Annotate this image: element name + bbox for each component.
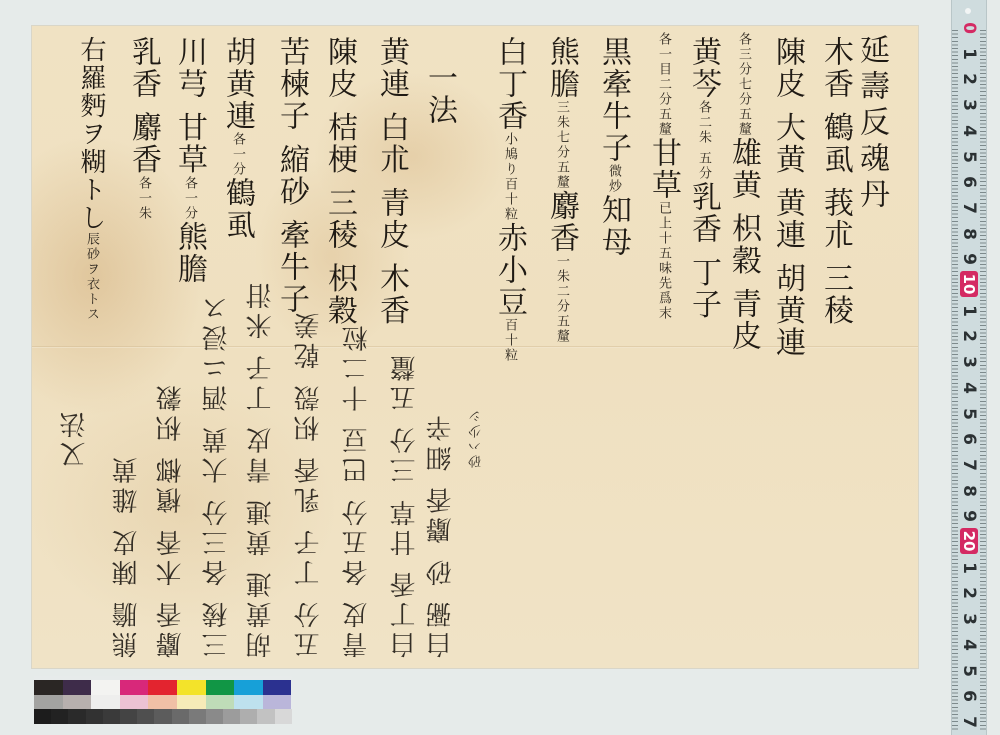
- text-column: 木香 鶴虱 莪朮 三稜: [820, 36, 850, 327]
- dosage-note: 各二朱 五分: [696, 100, 710, 181]
- ingredient-text: 黒牽牛子: [598, 36, 628, 164]
- ruler-number: 0: [959, 15, 979, 41]
- ruler-ticks-left: [952, 30, 958, 730]
- color-patch: [206, 709, 223, 724]
- text-column: 乳香 麝香 各一朱: [128, 36, 158, 221]
- color-checker-bar: [34, 676, 292, 724]
- text-column: 川芎 甘草 各一分 熊膽: [174, 36, 204, 285]
- ruler-number: 20: [960, 528, 978, 554]
- ruler-number: 3: [959, 92, 979, 118]
- color-patch: [148, 680, 177, 695]
- ingredient-text: 黄連 白朮 青皮 木香: [376, 36, 406, 327]
- color-patch: [34, 709, 51, 724]
- measuring-ruler: 012345678910123456789201234567: [951, 0, 987, 735]
- document-title: 延壽反魂丹: [856, 34, 886, 214]
- color-patch: [86, 709, 103, 724]
- color-patch: [103, 709, 120, 724]
- text-column: 一法: [424, 62, 454, 126]
- lower-upside-down-text-block: 又法熊膽 陳皮 雄黄麝香 木香 檳榔 枳穀三稜 各三分 大黄 酒ニ浸ス胡黄連 黄…: [32, 348, 918, 668]
- upside-down-text-column: 青皮 各五分 巴豆 十二粒: [344, 321, 370, 658]
- dosage-note: 已上十五味先爲末: [656, 201, 670, 321]
- ruler-number: 8: [959, 221, 979, 247]
- ruler-number: 10: [960, 271, 978, 297]
- ingredient-text: 陳皮 大黄 黄連 胡黄連: [772, 36, 802, 359]
- color-patch: [177, 680, 206, 695]
- color-patch: [206, 695, 235, 710]
- color-patch: [154, 709, 171, 724]
- color-patch: [234, 695, 263, 710]
- ruler-number: 2: [959, 66, 979, 92]
- ruler-number: 5: [959, 658, 979, 684]
- ingredient-text: 熊膽: [546, 36, 576, 100]
- dosage-note: 各三分七: [736, 32, 750, 92]
- color-patch: [189, 709, 206, 724]
- dosage-note: 辰砂ヲ衣トス: [84, 232, 98, 322]
- text-column: 陳皮 桔梗 三稜 枳穀: [324, 36, 354, 327]
- ruler-number: 6: [959, 426, 979, 452]
- text-column: 陳皮 大黄 黄連 胡黄連: [772, 36, 802, 359]
- upside-down-text-column: 又法: [62, 408, 88, 468]
- color-patch: [263, 695, 292, 710]
- dosage-note: 分五釐: [656, 92, 670, 137]
- color-patch: [275, 709, 292, 724]
- ingredient-text: 木香 鶴虱 莪朮 三稜: [820, 36, 850, 327]
- text-column: 苦楝子 縮砂 牽牛子: [276, 36, 306, 315]
- ingredient-text: 雄黄 枳穀 青皮: [728, 137, 758, 352]
- color-patch: [34, 695, 63, 710]
- ingredient-text: 白丁香: [494, 36, 524, 132]
- color-patch: [172, 709, 189, 724]
- ingredient-text: 川芎 甘草: [174, 36, 204, 176]
- ruler-number: 6: [959, 169, 979, 195]
- ruler-number: 1: [959, 555, 979, 581]
- upside-down-text-column: 麝香 木香 檳榔 枳穀: [158, 381, 184, 658]
- ingredient-text: 一法: [424, 62, 454, 126]
- dosage-note: 各一朱: [136, 176, 150, 221]
- color-patch: [34, 680, 63, 695]
- title-text: 延壽反魂丹: [856, 34, 886, 214]
- upside-down-text-column: 白䰜 砂 麝香 細辛: [428, 411, 454, 658]
- ruler-number: 3: [959, 349, 979, 375]
- ingredient-text: 陳皮 桔梗 三稜 枳穀: [324, 36, 354, 327]
- color-patch: [63, 695, 92, 710]
- upside-down-text-column: 砂ハ少シ: [470, 408, 483, 468]
- ruler-number: 2: [959, 323, 979, 349]
- color-patch: [206, 680, 235, 695]
- ruler-number: 1: [959, 298, 979, 324]
- color-patch: [120, 695, 149, 710]
- text-column: 胡黄連 各一分 鶴虱: [222, 36, 252, 241]
- text-column: 白丁香 小鳩り百十粒 赤小豆 百十粒: [494, 36, 524, 363]
- dosage-note: 三朱七分五釐: [554, 100, 568, 190]
- ruler-ticks-right: [980, 30, 986, 730]
- ruler-number: 2: [959, 580, 979, 606]
- text-column: 右羅麪ヲ糊トし 辰砂ヲ衣トス: [78, 36, 104, 322]
- color-patch: [91, 695, 120, 710]
- color-patch: [240, 709, 257, 724]
- ingredient-text: 苦楝子 縮砂 牽牛子: [276, 36, 306, 315]
- upside-down-text-column: 胡黄連 黄連 青皮 丁子 米泔: [248, 279, 274, 658]
- upside-down-text-column: 熊膽 陳皮 雄黄: [114, 453, 140, 658]
- color-patch: [120, 680, 149, 695]
- text-column: 熊膽 三朱七分五釐 麝香 一朱二分五釐: [546, 36, 576, 344]
- color-patch: [91, 680, 120, 695]
- ruler-number: 9: [959, 246, 979, 272]
- ruler-hole: [965, 8, 971, 14]
- color-patch: [68, 709, 85, 724]
- color-patch: [148, 695, 177, 710]
- ingredient-text: 右羅: [78, 36, 104, 92]
- dosage-note: 分五釐: [736, 92, 750, 137]
- ruler-number: 9: [959, 503, 979, 529]
- ingredient-text: 黄芩: [688, 36, 718, 100]
- dosage-note: 各一分: [182, 176, 196, 221]
- ruler-number: 7: [959, 195, 979, 221]
- dosage-note: 各一目二: [656, 32, 670, 92]
- upside-down-text-column: 五分 丁子 乳香 枳殼 乾姜: [296, 309, 322, 658]
- color-patch: [223, 709, 240, 724]
- ruler-number: 5: [959, 401, 979, 427]
- color-patch: [120, 709, 137, 724]
- color-patch: [234, 680, 263, 695]
- ruler-number: 4: [959, 118, 979, 144]
- ruler-number: 4: [959, 632, 979, 658]
- color-patch: [263, 680, 292, 695]
- color-row-saturated: [34, 680, 291, 695]
- color-patch: [177, 695, 206, 710]
- ingredient-text: 知母: [598, 194, 628, 258]
- text-column: 黄連 白朮 青皮 木香: [376, 36, 406, 327]
- grayscale-row: [34, 709, 292, 724]
- color-patch: [137, 709, 154, 724]
- ruler-number: 5: [959, 144, 979, 170]
- text-column: 黒牽牛子 微炒 知母: [598, 36, 628, 258]
- ruler-number: 7: [959, 452, 979, 478]
- ruler-number: 1: [959, 41, 979, 67]
- text-column: 各一目二分五釐 甘草 已上十五味先爲末: [648, 32, 678, 321]
- ingredient-text: 甘草: [648, 137, 678, 201]
- upside-down-text-column: 三稜 各三分 大黄 酒ニ浸ス: [204, 291, 230, 658]
- ingredient-text: 熊膽: [174, 221, 204, 285]
- ruler-number: 7: [959, 709, 979, 735]
- ingredient-text: 麪ヲ糊トし: [78, 92, 104, 232]
- ruler-number: 3: [959, 606, 979, 632]
- color-row-pastel: [34, 695, 291, 710]
- color-patch: [51, 709, 68, 724]
- ingredient-text: 鶴虱: [222, 177, 252, 241]
- ruler-number: 6: [959, 683, 979, 709]
- paper-sheet: 延壽反魂丹木香 鶴虱 莪朮 三稜陳皮 大黄 黄連 胡黄連各三分七分五釐 雄黄 枳…: [32, 26, 918, 668]
- ruler-number: 8: [959, 478, 979, 504]
- ingredient-text: 乳香 麝香: [128, 36, 158, 176]
- upside-down-text-column: 白丁香 甘草 三分 五釐: [392, 351, 418, 658]
- ingredient-text: 乳香 丁子: [688, 181, 718, 321]
- text-column: 黄芩 各二朱 五分 乳香 丁子: [688, 36, 718, 321]
- dosage-note: 小鳩り百十粒: [502, 132, 516, 222]
- dosage-note: 微炒: [606, 164, 620, 194]
- color-patch: [63, 680, 92, 695]
- ingredient-text: 麝香: [546, 190, 576, 254]
- ingredient-text: 赤小豆: [494, 222, 524, 318]
- ruler-number: 4: [959, 375, 979, 401]
- ingredient-text: 胡黄連: [222, 36, 252, 132]
- color-patch: [257, 709, 274, 724]
- dosage-note: 各一分: [230, 132, 244, 177]
- dosage-note: 一朱二分五釐: [554, 254, 568, 344]
- text-column: 各三分七分五釐 雄黄 枳穀 青皮: [728, 32, 758, 352]
